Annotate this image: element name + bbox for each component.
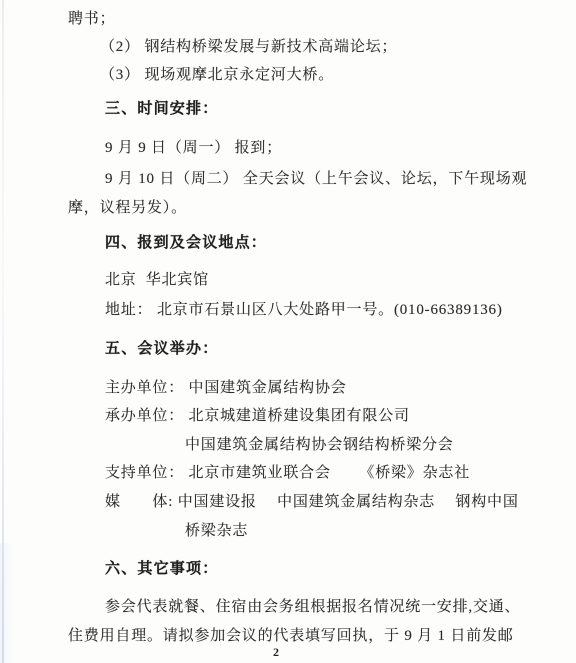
section-heading-other: 六、其它事项： [105,557,218,578]
schedule-line-3: 摩，议程另发）。 [68,196,187,217]
scanned-document-page: 聘书； （2） 钢结构桥梁发展与新技术高端论坛； （3） 现场观摩北京永定河大桥… [0,0,576,663]
organizer-host-line: 主办单位： 中国建筑金属结构协会 [105,376,347,397]
organizer-undertaker-line-1: 承办单位： 北京城建道桥建设集团有限公司 [105,404,410,425]
organizer-support-line: 支持单位： 北京市建筑业联合会 《桥梁》杂志社 [105,461,470,482]
page-number: 2 [0,645,552,660]
other-line-2: 住费用自理。请拟参加会议的代表填写回执，于 9 月 1 日前发邮 [68,624,514,645]
section-heading-organizers: 五、会议举办： [105,337,218,358]
section-heading-venue: 四、报到及会议地点： [105,231,267,252]
section-heading-schedule: 三、时间安排： [105,97,218,118]
schedule-line-2: 9 月 10 日（周二） 全天会议（上午会议、论坛，下午现场观 [105,167,527,188]
agenda-item-3: （3） 现场观摩北京永定河大桥。 [100,63,334,84]
agenda-item-2: （2） 钢结构桥梁发展与新技术高端论坛； [100,35,397,56]
organizer-media-line-1: 媒 体: 中国建设报 中国建筑金属结构杂志 钢构中国 [105,490,519,511]
paragraph-continuation-line: 聘书； [68,7,115,28]
venue-hotel-line: 北京 华北宾馆 [105,268,209,289]
venue-address-line: 地址： 北京市石景山区八大处路甲一号。(010-66389136) [105,298,503,319]
organizer-undertaker-line-2: 中国建筑金属结构协会钢结构桥梁分会 [185,433,454,454]
schedule-line-1: 9 月 9 日（周一） 报到； [105,136,282,157]
organizer-media-line-2: 桥梁杂志 [185,519,248,540]
other-line-1: 参会代表就餐、住宿由会务组根据报名情况统一安排,交通、 [105,595,520,616]
